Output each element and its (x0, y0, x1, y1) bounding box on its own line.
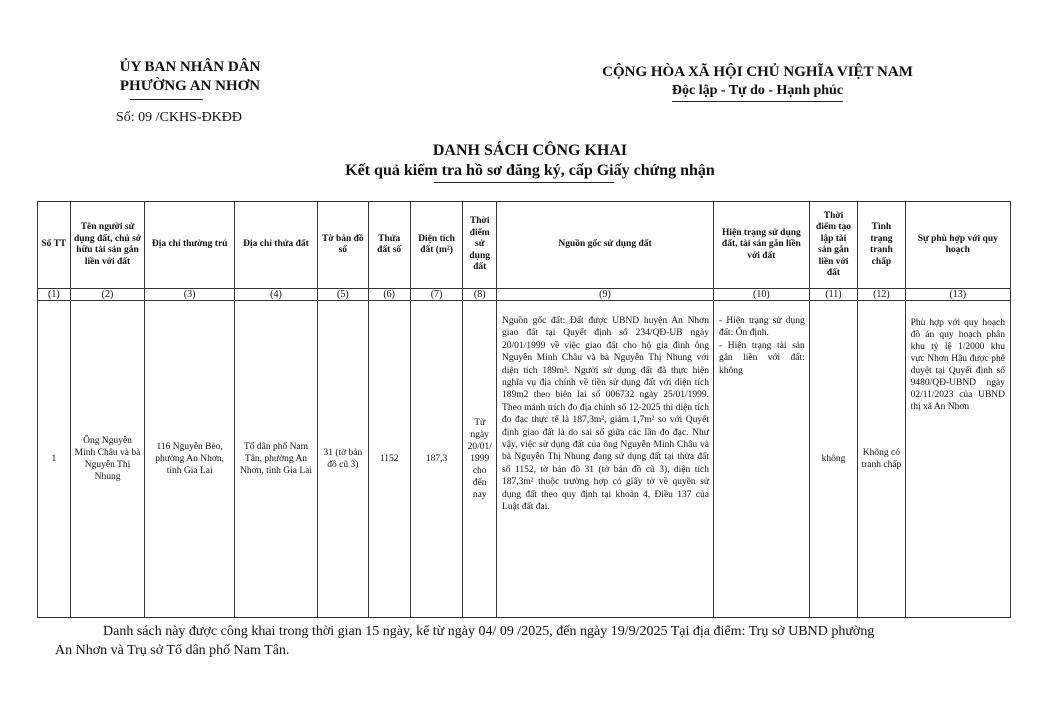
authority-line-1: ỦY BAN NHÂN DÂN (100, 58, 280, 77)
col-header-parcel-address: Địa chỉ thửa đất (234, 202, 317, 289)
status-assets: - Hiện trạng tài sản gắn liền với đất: k… (719, 340, 805, 377)
col-header-map-sheet: Tờ bản đồ số (318, 202, 369, 289)
col-number: (12) (858, 289, 905, 301)
national-motto: Độc lập - Tự do - Hạnh phúc (672, 82, 843, 102)
cell-parcel-address: Tổ dân phố Nam Tân, phường An Nhơn, tỉnh… (234, 301, 317, 618)
cell-area: 187,3 (410, 301, 463, 618)
cell-map-sheet: 31 (tờ bản đồ cũ 3) (318, 301, 369, 618)
col-number: (4) (234, 289, 317, 301)
status-land: - Hiện trạng sử dụng đất: Ổn định. (719, 315, 805, 340)
nation-name: CỘNG HÒA XÃ HỘI CHỦ NGHĨA VIỆT NAM (575, 63, 940, 81)
publication-note-line-1: Danh sách này được công khai trong thời … (55, 622, 1005, 641)
col-number: (3) (145, 289, 235, 301)
col-number: (5) (318, 289, 369, 301)
col-number: (11) (809, 289, 857, 301)
col-header-current-status: Hiện trạng sử dụng đất, tài sản gắn liền… (713, 202, 809, 289)
table-header-row: Số TT Tên người sử dụng đất, chủ sở hữu … (38, 202, 1011, 289)
col-header-parcel-no: Thửa đất số (368, 202, 410, 289)
cell-asset-created: không (809, 301, 857, 618)
col-number: (9) (497, 289, 714, 301)
col-header-asset-created: Thời điểm tạo lập tài sản gắn liền với đ… (809, 202, 857, 289)
cell-parcel-no: 1152 (368, 301, 410, 618)
authority-line-2: PHƯỜNG AN NHƠN (100, 77, 280, 96)
col-number: (7) (410, 289, 463, 301)
cell-origin: Nguồn gốc đất: Đất được UBND huyện An Nh… (497, 301, 714, 618)
issuing-authority: ỦY BAN NHÂN DÂN PHƯỜNG AN NHƠN (100, 58, 280, 96)
table-row: 1 Ông Nguyễn Minh Châu và bà Nguyễn Thị … (38, 301, 1011, 618)
cell-use-since: Từ ngày 20/01/ 1999 cho đến nay (463, 301, 497, 618)
cell-planning: Phù hợp với quy hoạch đồ án quy hoạch ph… (905, 301, 1010, 618)
col-header-use-since: Thời điểm sử dụng đất (463, 202, 497, 289)
col-number: (8) (463, 289, 497, 301)
title-subtitle: Kết quả kiểm tra hồ sơ đăng ký, cấp Giấy… (300, 161, 760, 181)
column-number-row: (1) (2) (3) (4) (5) (6) (7) (8) (9) (10)… (38, 289, 1011, 301)
col-header-area: Diện tích đất (m²) (410, 202, 463, 289)
title-main: DANH SÁCH CÔNG KHAI (300, 141, 760, 161)
col-header-owner: Tên người sử dụng đất, chủ sở hữu tài sả… (70, 202, 145, 289)
col-number: (1) (38, 289, 71, 301)
document-title: DANH SÁCH CÔNG KHAI Kết quả kiểm tra hồ … (300, 141, 760, 181)
col-header-dispute: Tình trạng tranh chấp (858, 202, 905, 289)
cell-stt: 1 (38, 301, 71, 618)
col-header-residence: Địa chỉ thường trú (145, 202, 235, 289)
public-list-table: Số TT Tên người sử dụng đất, chủ sở hữu … (37, 201, 1011, 618)
cell-dispute: Không có tranh chấp (858, 301, 905, 618)
cell-owner: Ông Nguyễn Minh Châu và bà Nguyễn Thị Nh… (70, 301, 145, 618)
col-header-planning: Sự phù hợp với quy hoạch (905, 202, 1010, 289)
col-number: (6) (368, 289, 410, 301)
col-header-origin: Nguồn gốc sử dụng đất (497, 202, 714, 289)
publication-note-line-2: An Nhơn và Trụ sở Tổ dân phố Nam Tân. (55, 641, 1005, 660)
national-heading: CỘNG HÒA XÃ HỘI CHỦ NGHĨA VIỆT NAM Độc l… (575, 63, 940, 102)
col-number: (10) (713, 289, 809, 301)
col-number: (13) (905, 289, 1010, 301)
cell-residence: 116 Nguyễn Bèo, phường An Nhơn, tỉnh Gia… (145, 301, 235, 618)
document-number: Số: 09 /CKHS-ĐKĐĐ (116, 110, 242, 126)
publication-note: Danh sách này được công khai trong thời … (55, 622, 1005, 660)
col-number: (2) (70, 289, 145, 301)
col-header-stt: Số TT (38, 202, 71, 289)
cell-current-status: - Hiện trạng sử dụng đất: Ổn định. - Hiệ… (713, 301, 809, 618)
